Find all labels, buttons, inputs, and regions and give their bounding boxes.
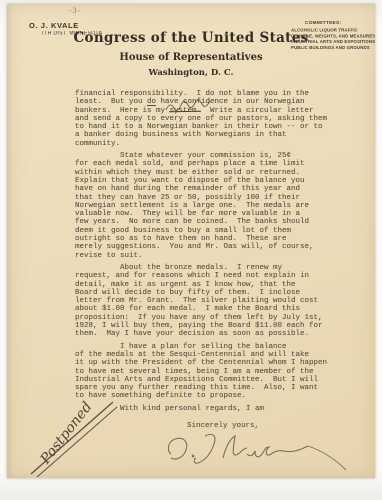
text-line: have on hand during the remainder of thi… xyxy=(75,185,361,193)
sender-name: O. J. KVALE xyxy=(29,21,113,30)
text-line: that they can have 25 or 50, possibly 10… xyxy=(75,194,361,202)
letter-paragraph: financial responsibility. I do not blame… xyxy=(75,90,361,148)
text-line: least. But you do have confidence in our… xyxy=(75,98,361,106)
letter-paragraph: State whatever your commission is, 25¢fo… xyxy=(75,152,361,260)
text-line: few years. No more can be coined. The ba… xyxy=(75,218,361,226)
committees-list: ALCOHOLIC LIQUOR TRAFFICCOINAGE, WEIGHTS… xyxy=(291,28,382,51)
text-line: Board will decide to buy fifty of them. … xyxy=(75,289,361,297)
text-line: within which they must be either sold or… xyxy=(75,169,361,177)
text-line: PUBLIC BUILDINGS AND GROUNDS xyxy=(291,45,382,51)
org-location: Washington, D. C. xyxy=(7,68,375,78)
text-line: revise to suit. xyxy=(75,252,361,260)
signature xyxy=(155,428,355,480)
handwritten-note: Postponed xyxy=(17,392,129,482)
committees-label: COMMITTEES: xyxy=(305,21,366,26)
text-line: a banker doing business with Norwegians … xyxy=(75,131,361,139)
letterhead-committees-block: COMMITTEES: ALCOHOLIC LIQUOR TRAFFICCOIN… xyxy=(291,21,381,60)
text-line: About the bronze medals. I renew my xyxy=(75,264,361,272)
text-line: to have met several times, being I am a … xyxy=(75,368,361,376)
letter-paragraph: About the bronze medals. I renew myreque… xyxy=(75,264,361,339)
handwritten-correction-scribble xyxy=(164,98,212,116)
text-line: proposition: If you have any of them lef… xyxy=(75,314,361,322)
letter-body: financial responsibility. I do not blame… xyxy=(75,90,361,430)
text-line: merely suggestions. You and Mr. Oas will… xyxy=(75,243,361,251)
scanned-letter: -3- O. J. KVALE 7TH DIST. MINNESOTA Cong… xyxy=(0,0,382,500)
text-line: I have a plan for selling the balance xyxy=(75,343,361,351)
text-line: request, and for reasons which I need no… xyxy=(75,272,361,280)
text-line: and send a copy to every one of our past… xyxy=(75,115,361,123)
text-line: Norwegian settlement is a large one. The… xyxy=(75,202,361,210)
text-line: community. xyxy=(75,140,361,148)
letter-paper: -3- O. J. KVALE 7TH DIST. MINNESOTA Cong… xyxy=(7,4,375,478)
page-number-mark: -3- xyxy=(69,7,81,15)
text-line: it up with the President of the Centenni… xyxy=(75,359,361,367)
text-line: detail, make it as urgent as I know how,… xyxy=(75,281,361,289)
text-line: Industrial Arts and Expositions Committe… xyxy=(75,376,361,384)
text-line: of the medals at the Sesqui-Centennial a… xyxy=(75,351,361,359)
text-line: about $1.00 for each medal. I make the B… xyxy=(75,305,361,313)
text-line: bankers. Here is my system. Write a circ… xyxy=(75,107,361,115)
text-line: for each medal sold, and perhaps place a… xyxy=(75,160,361,168)
text-line: deem it good business to buy a small lot… xyxy=(75,227,361,235)
text-line: them. May I have your decision as soon a… xyxy=(75,330,361,338)
underline-mark xyxy=(147,105,156,106)
